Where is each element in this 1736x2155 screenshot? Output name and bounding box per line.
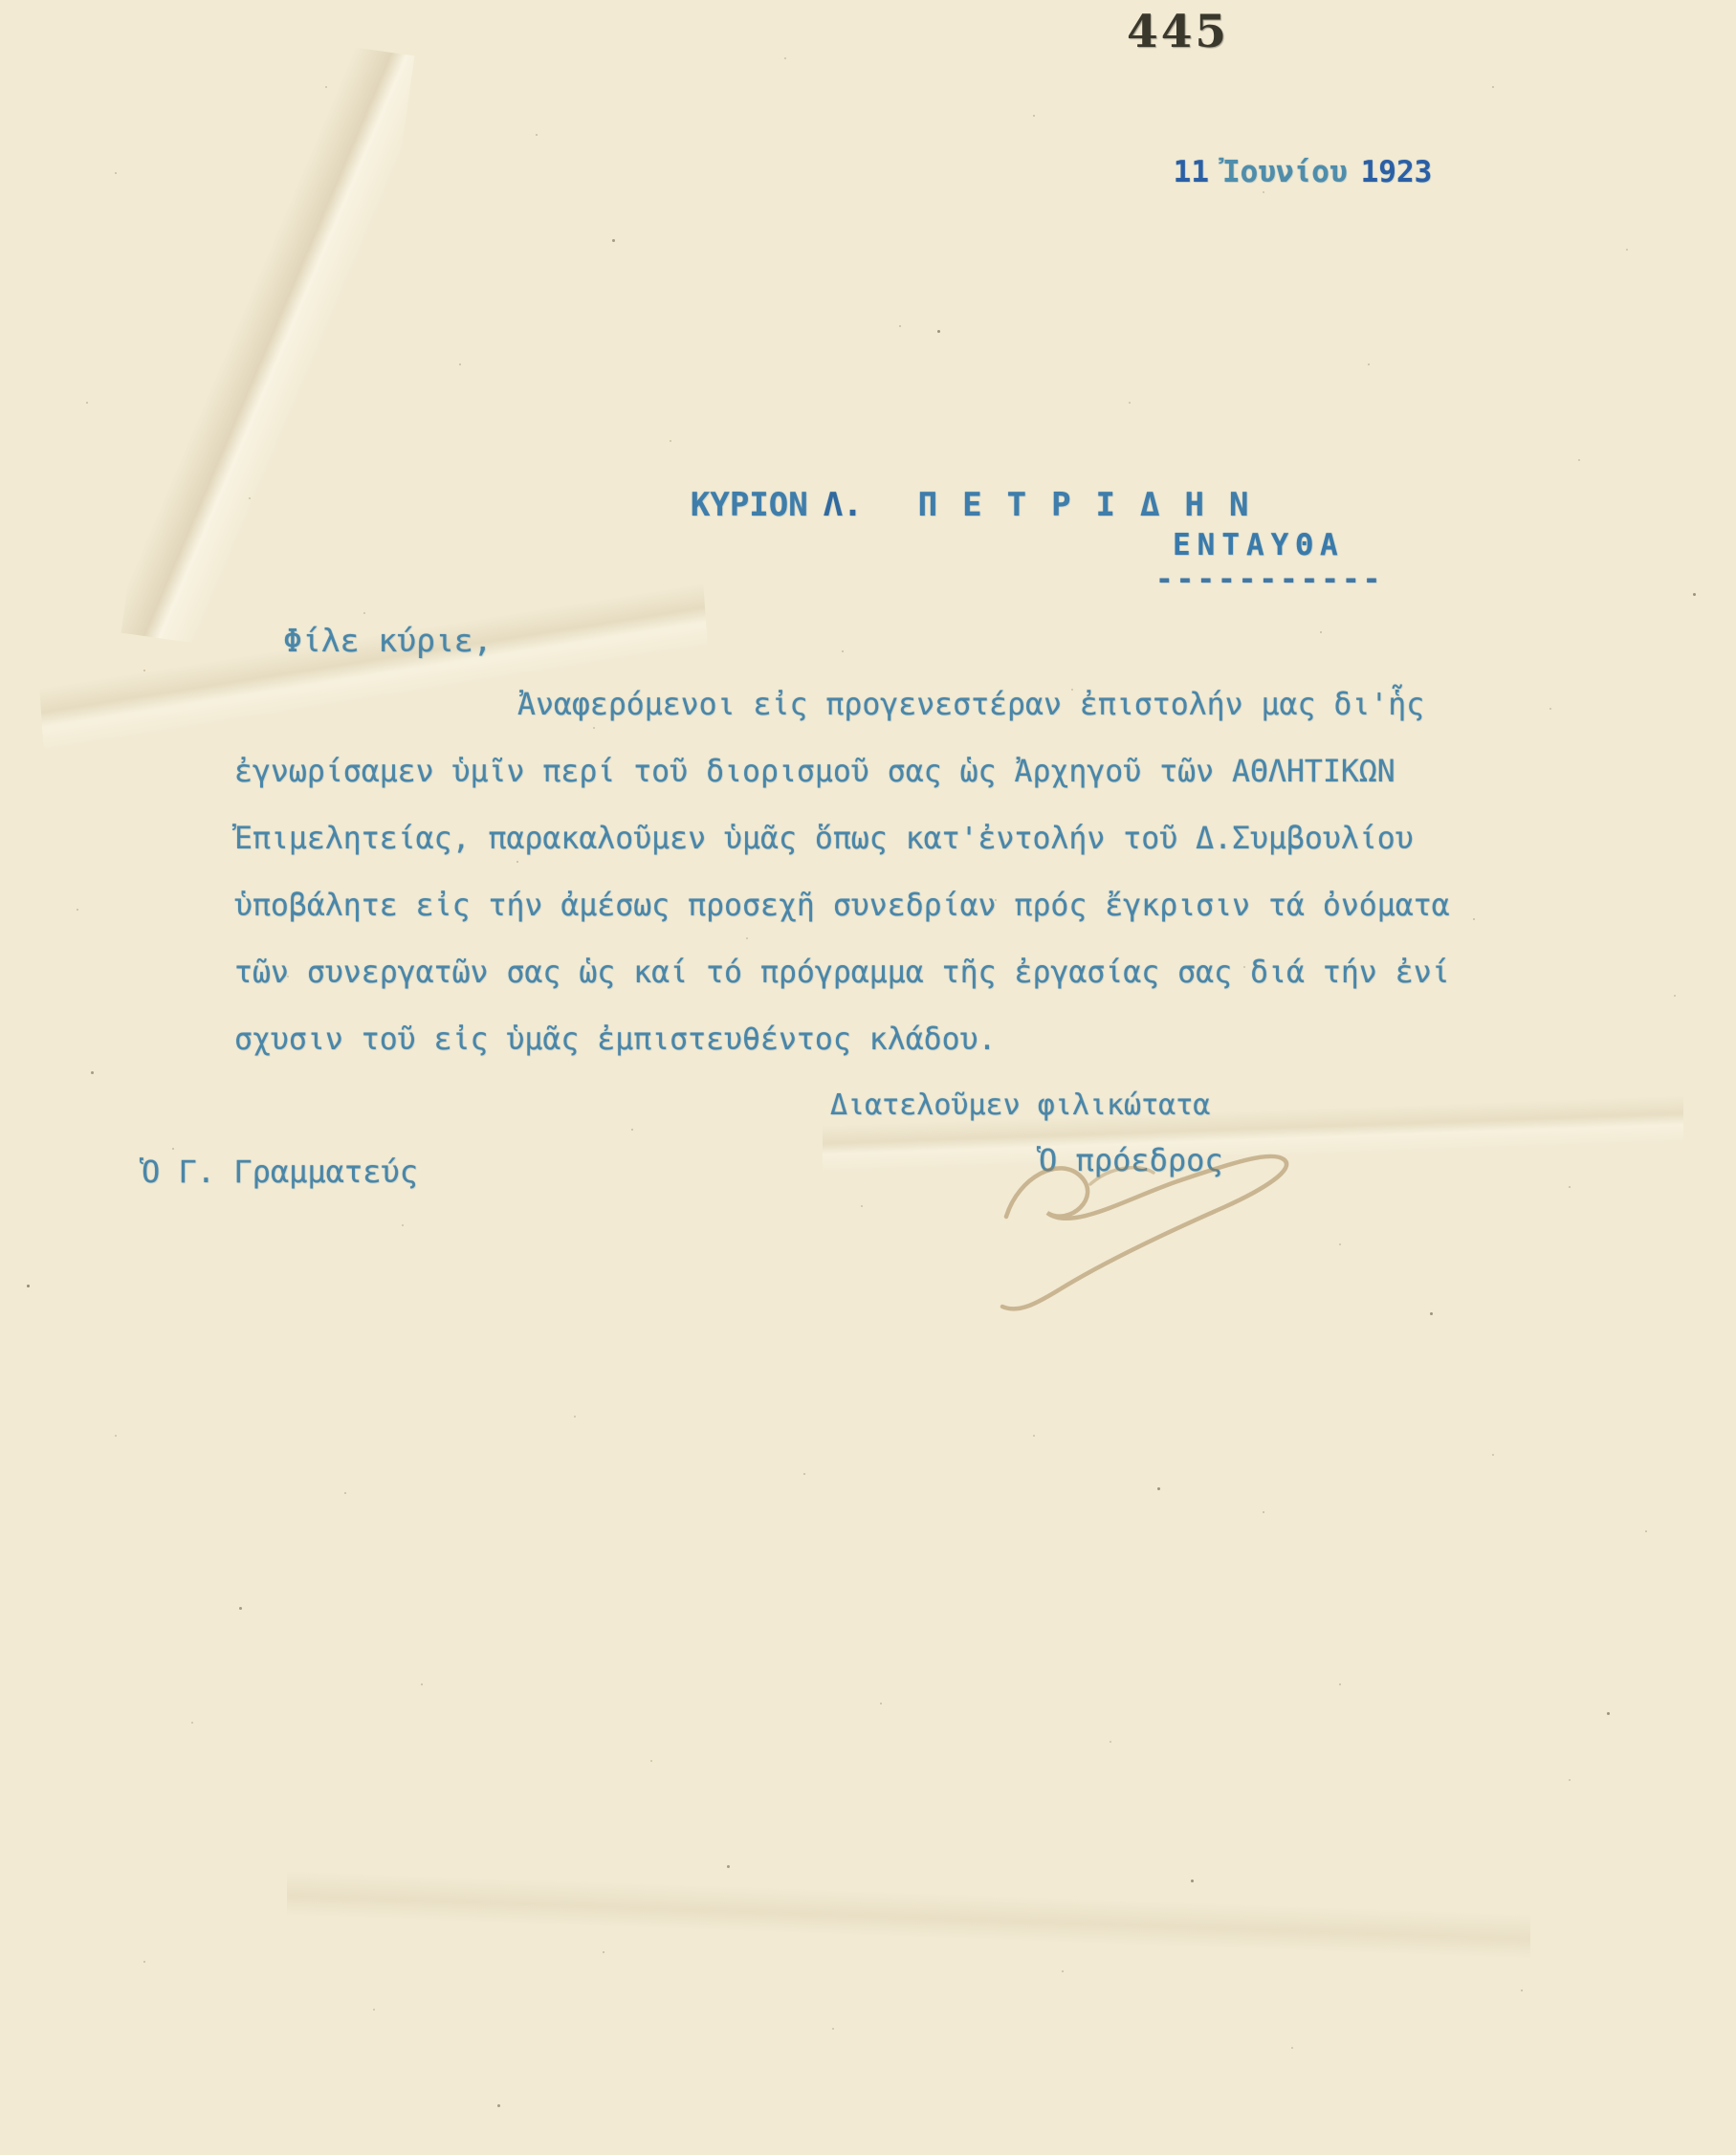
date-month: Ἰουνίου [1222, 155, 1348, 189]
paper-speckles-dark [0, 0, 3, 3]
location-underline: ----------- [1155, 562, 1383, 597]
salutation: Φίλε κύριε, [283, 622, 493, 659]
recipient-initial: Λ. [824, 486, 863, 524]
location-line: ΕΝΤΑΥΘΑ [1173, 528, 1345, 562]
recipient-surname: ΠΕΤΡΙΔΗΝ [918, 486, 1274, 524]
paper-crease [823, 1052, 1683, 1205]
letter-page: 445 11Ἰουνίου1923 ΚΥΡΙΟΝΛ.ΠΕΤΡΙΔΗΝ ΕΝΤΑΥ… [0, 0, 1736, 2155]
body-line: τῶν συνεργατῶν σας ὡς καί τό πρόγραμμα τ… [234, 939, 1602, 1006]
recipient-title: ΚΥΡΙΟΝ [691, 486, 808, 524]
letter-body: Ἀναφερόμενοι εἰς προγενεστέραν ἐπιστολήν… [234, 671, 1602, 1073]
date-day: 11 [1174, 155, 1209, 189]
body-line: σχυσιν τοῦ εἰς ὑμᾶς ἐμπιστευθέντος κλάδο… [234, 1006, 1602, 1073]
date-line: 11Ἰουνίου1923 [1102, 121, 1432, 224]
body-line: ἐγνωρίσαμεν ὑμῖν περί τοῦ διορισμοῦ σας … [234, 738, 1602, 805]
paper-crease [287, 1817, 1530, 2028]
secretary-signature-label: Ὁ Γ. Γραμματεύς [142, 1154, 418, 1190]
closing-phrase: Διατελοῦμεν φιλικώτατα [830, 1088, 1210, 1122]
date-year: 1923 [1361, 155, 1433, 189]
body-line: Ἀναφερόμενοι εἰς προγενεστέραν ἐπιστολήν… [234, 671, 1602, 738]
archive-page-number: 445 [1127, 6, 1229, 58]
body-line: Ἐπιμελητείας, παρακαλοῦμεν ὑμᾶς ὅπως κατ… [234, 805, 1602, 872]
president-signature-label: Ὁ πρόεδρος [1039, 1142, 1223, 1178]
paper-crease [121, 27, 415, 662]
body-line: ὑποβάλητε εἰς τήν ἀμέσως προσεχῆ συνεδρί… [234, 872, 1602, 939]
paper-speckles [0, 0, 2, 2]
